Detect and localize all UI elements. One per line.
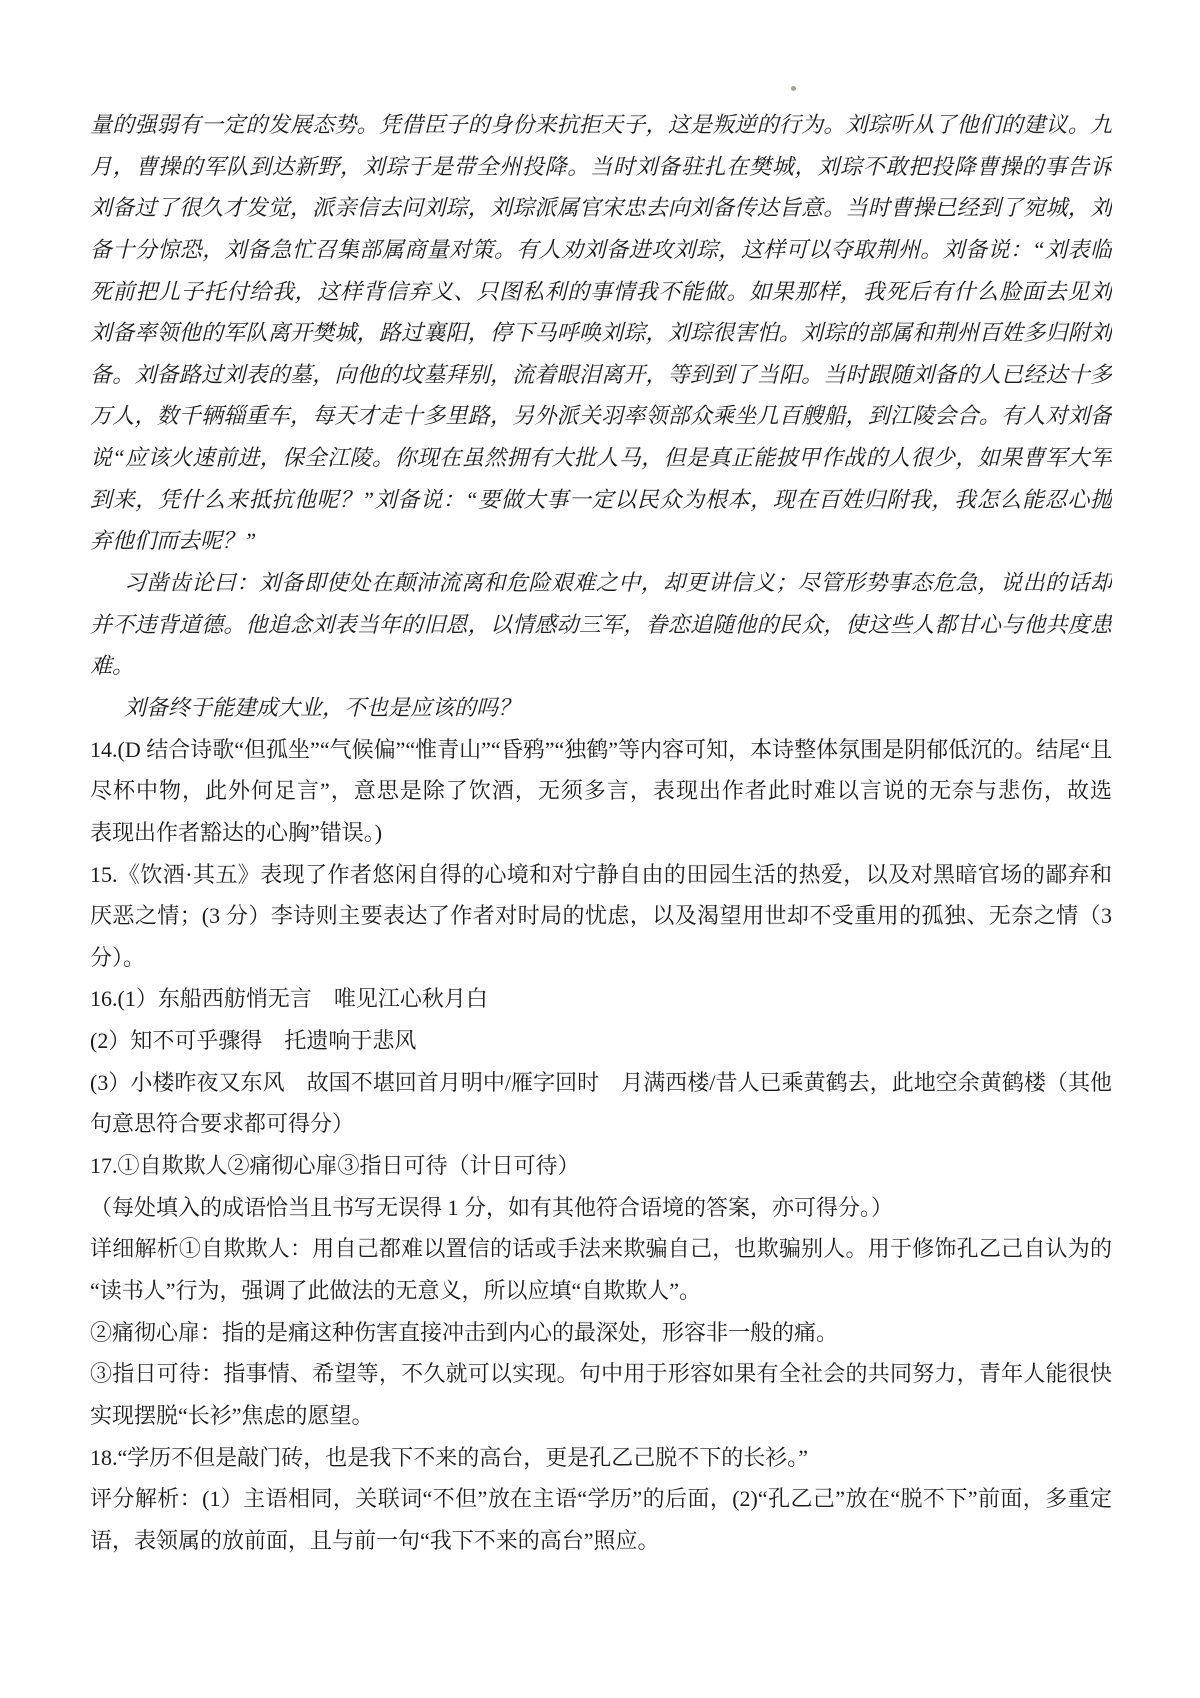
text-line: ②痛彻心扉：指的是痛这种伤害直接冲击到内心的最深处，形容非一般的痛。 — [90, 1312, 1112, 1354]
text-line: 备十分惊恐，刘备急忙召集部属商量对策。有人劝刘备进攻刘琮，这样可以夺取荆州。刘备… — [90, 229, 1112, 271]
text-line: 14.(D 结合诗歌“但孤坐”“气候偏”“惟青山”“昏鸦”“独鹤”等内容可知，本… — [90, 729, 1112, 771]
text-line: 刘备率领他的军队离开樊城，路过襄阳，停下马呼唤刘琮，刘琮很害怕。刘琮的部属和荆州… — [90, 312, 1112, 354]
text-line: （每处填入的成语恰当且书写无误得 1 分，如有其他符合语境的答案，亦可得分。） — [90, 1187, 1112, 1229]
text-line: (3）小楼昨夜又东风 故国不堪回首月明中/雁字回时 月满西楼/昔人已乘黄鹤去，此… — [90, 1062, 1112, 1104]
text-line: 刘备过了很久才发觉，派亲信去问刘琮，刘琮派属官宋忠去向刘备传达旨意。当时曹操已经… — [90, 187, 1112, 229]
text-line: 习凿齿论曰：刘备即使处在颠沛流离和危险艰难之中，却更讲信义；尽管形势事态危急，说… — [90, 562, 1112, 604]
text-line: 详细解析①自欺欺人：用自己都难以置信的话或手法来欺骗自己，也欺骗别人。用于修饰孔… — [90, 1228, 1112, 1270]
text-line: 备。刘备路过刘表的墓，向他的坟墓拜别，流着眼泪离开，等到到了当阳。当时跟随刘备的… — [90, 354, 1112, 396]
text-line: 刘备终于能建成大业，不也是应该的吗？ — [90, 687, 1112, 729]
text-line: 弃他们而去呢？” — [90, 520, 1112, 562]
text-line: 月，曹操的军队到达新野，刘琮于是带全州投降。当时刘备驻扎在樊城，刘琮不敢把投降曹… — [90, 146, 1112, 188]
text-line: 分）。 — [90, 937, 1112, 979]
scan-speck-artifact — [791, 86, 796, 91]
text-line: 难。 — [90, 645, 1112, 687]
text-line: 句意思符合要求都可得分） — [90, 1103, 1112, 1145]
text-line: 16.(1）东船西舫悄无言 唯见江心秋月白 — [90, 978, 1112, 1020]
text-line: 死前把儿子托付给我，这样背信弃义、只图私利的事情我不能做。如果那样，我死后有什么… — [90, 271, 1112, 313]
text-line: (2）知不可乎骤得 托遗响于悲风 — [90, 1020, 1112, 1062]
document-content: 量的强弱有一定的发展态势。凭借臣子的身份来抗拒天子，这是叛逆的行为。刘琮听从了他… — [90, 104, 1112, 1561]
text-line: 厌恶之情；(3 分）李诗则主要表达了作者对时局的忧虑，以及渴望用世却不受重用的孤… — [90, 895, 1112, 937]
document-page: 量的强弱有一定的发展态势。凭借臣子的身份来抗拒天子，这是叛逆的行为。刘琮听从了他… — [0, 0, 1200, 1698]
text-line: 实现摆脱“长衫”焦虑的愿望。 — [90, 1395, 1112, 1437]
text-line: 语，表领属的放前面，且与前一句“我下不来的高台”照应。 — [90, 1520, 1112, 1562]
text-line: 评分解析：(1）主语相同，关联词“不但”放在主语“学历”的后面，(2)“孔乙己”… — [90, 1478, 1112, 1520]
text-line: 万人，数千辆辎重车，每天才走十多里路，另外派关羽率领部众乘坐几百艘船，到江陵会合… — [90, 395, 1112, 437]
text-line: “读书人”行为，强调了此做法的无意义，所以应填“自欺欺人”。 — [90, 1270, 1112, 1312]
text-line: 尽杯中物，此外何足言”，意思是除了饮酒，无须多言，表现出作者此时难以言说的无奈与… — [90, 770, 1112, 812]
text-line: 量的强弱有一定的发展态势。凭借臣子的身份来抗拒天子，这是叛逆的行为。刘琮听从了他… — [90, 104, 1112, 146]
text-line: 18.“学历不但是敲门砖，也是我下不来的高台，更是孔乙己脱不下的长衫。” — [90, 1437, 1112, 1479]
text-line: 表现出作者豁达的心胸”错误。) — [90, 812, 1112, 854]
text-line: ③指日可待：指事情、希望等，不久就可以实现。句中用于形容如果有全社会的共同努力，… — [90, 1353, 1112, 1395]
text-line: 并不违背道德。他追念刘表当年的旧恩，以情感动三军，眷恋追随他的民众，使这些人都甘… — [90, 604, 1112, 646]
text-line: 说“应该火速前进，保全江陵。你现在虽然拥有大批人马，但是真正能披甲作战的人很少，… — [90, 437, 1112, 479]
text-line: 到来，凭什么来抵抗他呢？”刘备说：“要做大事一定以民众为根本，现在百姓归附我，我… — [90, 479, 1112, 521]
text-line: 15.《饮酒·其五》表现了作者悠闲自得的心境和对宁静自由的田园生活的热爱，以及对… — [90, 854, 1112, 896]
text-line: 17.①自欺欺人②痛彻心扉③指日可待（计日可待） — [90, 1145, 1112, 1187]
